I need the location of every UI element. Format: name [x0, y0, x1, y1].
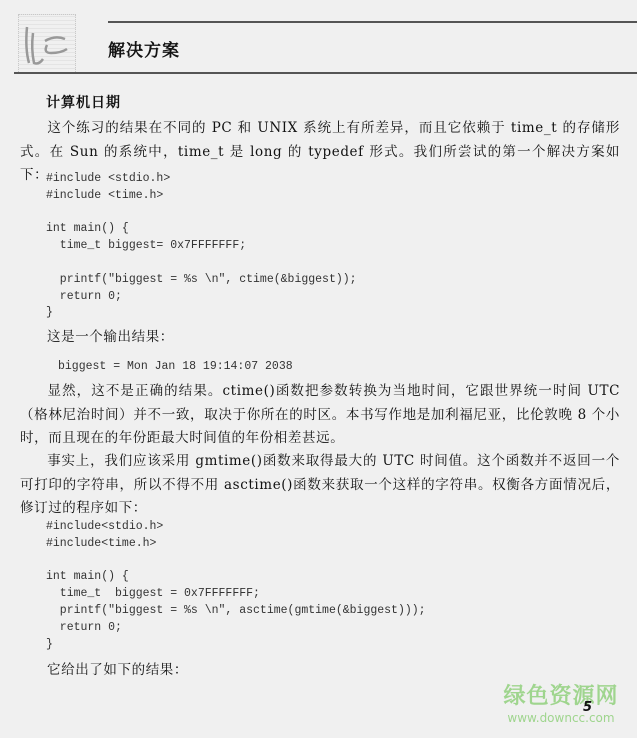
watermark-url: www.downcc.com [496, 710, 626, 726]
paragraph-text: 它给出了如下的结果： [47, 662, 188, 678]
header-rule-bottom [14, 72, 637, 74]
paragraph-text: 事实上，我们应该采用 gmtime()函数来取得最大的 UTC 时间值。这个函数… [20, 453, 620, 516]
watermark-title: 绿色资源网 [496, 684, 626, 710]
code-block-revised: #include<stdio.h> #include<time.h> int m… [46, 519, 426, 653]
paragraph-output-intro: 这是一个输出结果： [20, 326, 620, 350]
section-title: 计算机日期 [46, 92, 121, 112]
paragraph-gmtime: 事实上，我们应该采用 gmtime()函数来取得最大的 UTC 时间值。这个函数… [20, 450, 620, 521]
chapter-logo-icon [18, 14, 76, 74]
program-output: biggest = Mon Jan 18 19:14:07 2038 [58, 360, 293, 373]
paragraph-text: 这是一个输出结果： [47, 329, 174, 345]
watermark: 绿色资源网 www.downcc.com [496, 684, 626, 726]
page-header: 解决方案 [0, 0, 637, 80]
chapter-title: 解决方案 [108, 36, 180, 61]
page-number: 5 [583, 700, 592, 715]
header-rule-top [108, 21, 637, 23]
paragraph-explanation: 显然，这不是正确的结果。ctime()函数把参数转换为当地时间，它跟世界统一时间… [20, 380, 620, 451]
paragraph-text: 显然，这不是正确的结果。ctime()函数把参数转换为当地时间，它跟世界统一时间… [20, 383, 620, 446]
paragraph-result-intro: 它给出了如下的结果： [20, 659, 620, 683]
code-block-first-attempt: #include <stdio.h> #include <time.h> int… [46, 171, 357, 322]
